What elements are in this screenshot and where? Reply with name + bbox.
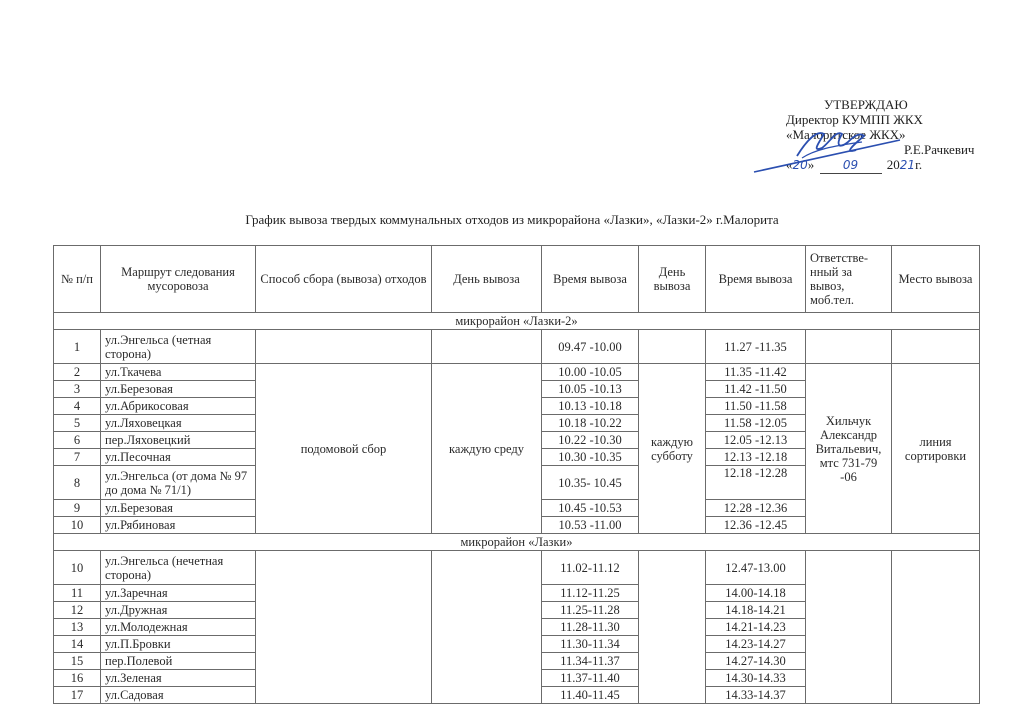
header-day2: День вывоза <box>639 246 706 313</box>
row-route: ул.Березовая <box>101 381 256 398</box>
row-route: ул.Садовая <box>101 687 256 704</box>
row-time2: 14.27-14.30 <box>706 653 806 670</box>
section-name: микрорайон «Лазки» <box>54 534 980 551</box>
document-title: График вывоза твердых коммунальных отход… <box>0 212 1024 228</box>
header-num: № п/п <box>54 246 101 313</box>
header-day1: День вывоза <box>432 246 542 313</box>
row-day2-empty <box>639 330 706 364</box>
row-number: 2 <box>54 364 101 381</box>
row-responsible: Хильчук Александр Витальевич, мтс 731-79… <box>806 364 892 534</box>
row-route: ул.Ляховецкая <box>101 415 256 432</box>
row-time2: 14.23-14.27 <box>706 636 806 653</box>
row-number: 8 <box>54 466 101 500</box>
date-quote-close: » <box>808 157 815 172</box>
row-time2: 12.28 -12.36 <box>706 500 806 517</box>
row-day1: каждую среду <box>432 364 542 534</box>
approval-signatory: Р.Е.Рачкевич <box>786 142 974 157</box>
row-time2: 12.36 -12.45 <box>706 517 806 534</box>
row-time2: 11.50 -11.58 <box>706 398 806 415</box>
row-time1: 10.53 -11.00 <box>542 517 639 534</box>
row-time1: 10.22 -10.30 <box>542 432 639 449</box>
section-row: микрорайон «Лазки-2» <box>54 313 980 330</box>
row-route: ул.Дружная <box>101 602 256 619</box>
row-number: 9 <box>54 500 101 517</box>
header-time2: Время вывоза <box>706 246 806 313</box>
row-route: ул.Заречная <box>101 585 256 602</box>
row-time1: 11.37-11.40 <box>542 670 639 687</box>
table-row: 1ул.Энгельса (четная сторона)09.47 -10.0… <box>54 330 980 364</box>
header-responsible: Ответстве-нный за вывоз, моб.тел. <box>806 246 892 313</box>
section-row: микрорайон «Лазки» <box>54 534 980 551</box>
row-time2: 12.18 -12.28 <box>706 466 806 500</box>
approval-date: «20» 09 2021г. <box>786 157 974 174</box>
row-day1-empty <box>432 551 542 704</box>
row-route: ул.Энгельса (четная сторона) <box>101 330 256 364</box>
approval-position-line1: Директор КУМПП ЖКХ <box>786 112 974 127</box>
row-time2: 14.21-14.23 <box>706 619 806 636</box>
row-responsible-empty <box>806 551 892 704</box>
row-time1: 11.25-11.28 <box>542 602 639 619</box>
table-row: 10ул.Энгельса (нечетная сторона)11.02-11… <box>54 551 980 585</box>
row-route: ул.Песочная <box>101 449 256 466</box>
date-year-prefix: 20 <box>887 157 900 172</box>
row-number: 15 <box>54 653 101 670</box>
row-time1: 10.05 -10.13 <box>542 381 639 398</box>
row-time1: 11.34-11.37 <box>542 653 639 670</box>
section-name: микрорайон «Лазки-2» <box>54 313 980 330</box>
row-number: 3 <box>54 381 101 398</box>
row-route: ул.П.Бровки <box>101 636 256 653</box>
row-time2: 14.30-14.33 <box>706 670 806 687</box>
row-time2: 14.33-14.37 <box>706 687 806 704</box>
row-day2: каждую субботу <box>639 364 706 534</box>
row-method-empty <box>256 551 432 704</box>
row-time1: 10.35- 10.45 <box>542 466 639 500</box>
row-number: 5 <box>54 415 101 432</box>
row-route: пер.Ляховецкий <box>101 432 256 449</box>
row-time1: 10.30 -10.35 <box>542 449 639 466</box>
row-route: ул.Энгельса (нечетная сторона) <box>101 551 256 585</box>
row-route: пер.Полевой <box>101 653 256 670</box>
row-number: 6 <box>54 432 101 449</box>
row-time1: 11.30-11.34 <box>542 636 639 653</box>
row-route: ул.Энгельса (от дома № 97 до дома № 71/1… <box>101 466 256 500</box>
row-route: ул.Березовая <box>101 500 256 517</box>
row-time1: 10.13 -10.18 <box>542 398 639 415</box>
table-header-row: № п/п Маршрут следования мусоровоза Спос… <box>54 246 980 313</box>
table-row: 2ул.Ткачеваподомовой сборкаждую среду10.… <box>54 364 980 381</box>
row-number: 11 <box>54 585 101 602</box>
row-place-empty <box>892 330 980 364</box>
date-year-suffix: 21 <box>900 158 915 172</box>
row-number: 12 <box>54 602 101 619</box>
row-method-empty <box>256 330 432 364</box>
row-time1: 09.47 -10.00 <box>542 330 639 364</box>
row-time2: 11.27 -11.35 <box>706 330 806 364</box>
approval-position-line2: «Малоритское ЖКХ» <box>786 127 974 142</box>
row-place-empty <box>892 551 980 704</box>
schedule-table: № п/п Маршрут следования мусоровоза Спос… <box>53 245 980 704</box>
row-route: ул.Ткачева <box>101 364 256 381</box>
row-time1: 11.28-11.30 <box>542 619 639 636</box>
date-month: 09 <box>843 158 858 172</box>
row-route: ул.Рябиновая <box>101 517 256 534</box>
row-time2: 12.47-13.00 <box>706 551 806 585</box>
row-time1: 10.00 -10.05 <box>542 364 639 381</box>
row-time1: 10.18 -10.22 <box>542 415 639 432</box>
row-number: 7 <box>54 449 101 466</box>
row-responsible-empty <box>806 330 892 364</box>
row-number: 17 <box>54 687 101 704</box>
row-time2: 11.42 -11.50 <box>706 381 806 398</box>
row-time2: 12.13 -12.18 <box>706 449 806 466</box>
row-number: 10 <box>54 517 101 534</box>
row-number: 4 <box>54 398 101 415</box>
header-place: Место вывоза <box>892 246 980 313</box>
row-time1: 10.45 -10.53 <box>542 500 639 517</box>
row-route: ул.Абрикосовая <box>101 398 256 415</box>
header-route: Маршрут следования мусоровоза <box>101 246 256 313</box>
approval-block: УТВЕРЖДАЮ Директор КУМПП ЖКХ «Малоритско… <box>786 97 974 174</box>
row-number: 16 <box>54 670 101 687</box>
row-method: подомовой сбор <box>256 364 432 534</box>
row-time2: 11.58 -12.05 <box>706 415 806 432</box>
row-place: линия сортировки <box>892 364 980 534</box>
row-day1-empty <box>432 330 542 364</box>
date-year-unit: г. <box>915 157 922 172</box>
row-time2: 14.18-14.21 <box>706 602 806 619</box>
row-time1: 11.12-11.25 <box>542 585 639 602</box>
row-time1: 11.02-11.12 <box>542 551 639 585</box>
row-time2: 12.05 -12.13 <box>706 432 806 449</box>
row-number: 10 <box>54 551 101 585</box>
date-day: 20 <box>793 158 808 172</box>
row-number: 1 <box>54 330 101 364</box>
row-time2: 11.35 -11.42 <box>706 364 806 381</box>
header-method: Способ сбора (вывоза) отходов <box>256 246 432 313</box>
header-time1: Время вывоза <box>542 246 639 313</box>
row-number: 14 <box>54 636 101 653</box>
row-time1: 11.40-11.45 <box>542 687 639 704</box>
approval-title: УТВЕРЖДАЮ <box>786 97 974 112</box>
row-day2-empty <box>639 551 706 704</box>
row-route: ул.Молодежная <box>101 619 256 636</box>
row-route: ул.Зеленая <box>101 670 256 687</box>
row-number: 13 <box>54 619 101 636</box>
row-time2: 14.00-14.18 <box>706 585 806 602</box>
